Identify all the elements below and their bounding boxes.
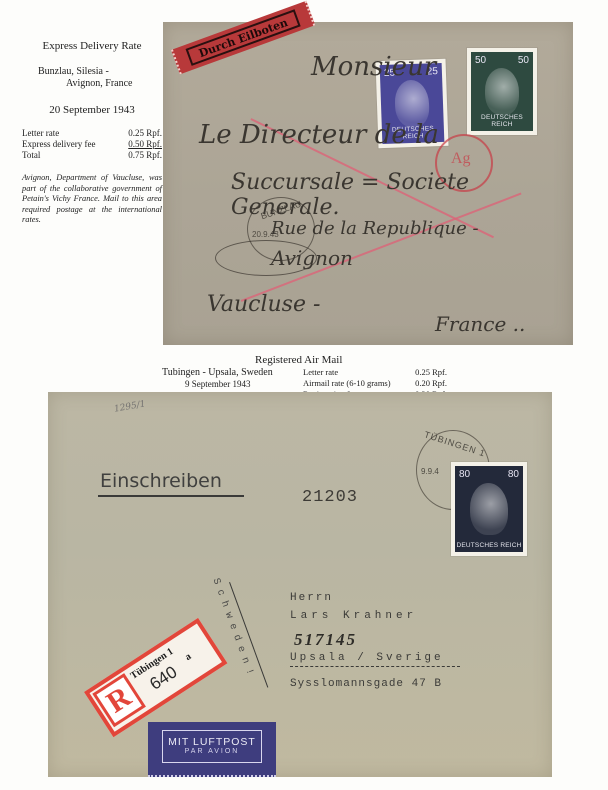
address-city: Upsala / Sverige (290, 652, 444, 664)
cover-date: 20 September 1943 (22, 104, 162, 116)
registered-r-icon: R (92, 673, 146, 727)
left-annotation: Express Delivery Rate Bunzlau, Silesia -… (22, 40, 162, 226)
stamp-80: 8080 DEUTSCHES REICH (451, 462, 527, 556)
address-street: Sysslomannsgade 47 B (290, 678, 442, 690)
rate-row: Total0.75 Rpf. (22, 150, 162, 161)
einschreiben-stamp: Einschreiben (100, 470, 222, 492)
pencil-notation: 1295/1 (113, 399, 146, 414)
registered-airmail-envelope: 1295/1 Einschreiben 21203 TÜBINGEN 1 9.9… (48, 392, 552, 777)
address-line: Vaucluse - (207, 292, 320, 317)
rate-row: Letter rate0.25 Rpf. (303, 367, 447, 378)
portrait-icon (470, 483, 508, 535)
express-delivery-label: Durch Eilboten (171, 1, 315, 75)
address-line: Monsieur (311, 52, 436, 82)
section-title: Registered Air Mail (255, 354, 342, 366)
address-line: France .. (435, 312, 525, 336)
route-to: Avignon, France (22, 78, 162, 90)
address-line: Succursale = Societe Generale. (231, 170, 573, 220)
address-line: Rue de la Republique - (271, 218, 479, 239)
cover-date: 9 September 1943 (185, 379, 251, 389)
registration-label: R Tübingen 1 640 a (84, 618, 227, 737)
underline-rule (98, 495, 244, 497)
route-from: Bunzlau, Silesia - (22, 66, 162, 78)
rate-row: Airmail rate (6-10 grams)0.20 Rpf. (303, 378, 447, 389)
route: Tubingen - Upsala, Sweden (162, 367, 273, 378)
address-line: Avignon (271, 246, 353, 270)
registration-number: 21203 (302, 488, 358, 507)
address-line: Le Directeur de la (199, 120, 439, 150)
portrait-icon (485, 68, 520, 115)
address-name: Lars Krahner (290, 610, 417, 622)
section-title: Express Delivery Rate (22, 40, 162, 52)
address-salutation: Herrn (290, 592, 333, 604)
historical-note: Avignon, Department of Vaucluse, was par… (22, 173, 162, 226)
rate-row: Letter rate0.25 Rpf. (22, 128, 162, 139)
stamp-50: 5050 DEUTSCHES REICH (467, 48, 537, 135)
rate-row: Express delivery fee0.50 Rpf. (22, 139, 162, 150)
airmail-label: MIT LUFTPOST PAR AVION (148, 722, 276, 777)
underline-rule (290, 666, 460, 667)
handwritten-code: 517145 (294, 630, 357, 650)
express-cover-envelope: Durch Eilboten 2525 DEUTSCHES REICH 5050… (163, 22, 573, 345)
